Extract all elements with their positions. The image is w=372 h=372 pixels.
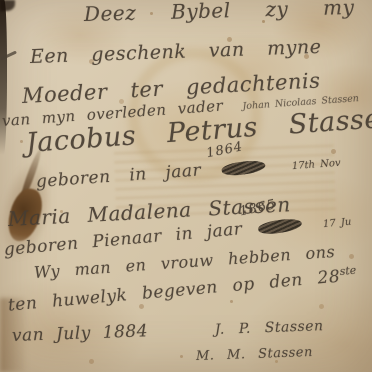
line-11-text: van July 1884	[12, 321, 149, 346]
handwritten-line-1: Deez Bybel zy my	[84, 0, 355, 26]
manuscript-photo: Deez Bybel zy my Een geschenk van myne M…	[0, 0, 372, 372]
date-annotation-2: 17 Ju	[323, 217, 352, 230]
page-binding-edge	[0, 0, 7, 155]
ordinal-suffix: ste	[339, 264, 357, 278]
signature-2: M. M. Stassen	[196, 345, 313, 364]
scribbled-out-year	[257, 216, 302, 236]
date-annotation-1: 17th Nov	[292, 158, 341, 172]
dark-corner	[0, 0, 15, 11]
scribbled-out-year	[221, 158, 266, 177]
handwritten-line-11: van July 1884 J. P. Stassen	[12, 315, 324, 346]
signature-1: J. P. Stassen	[215, 318, 324, 338]
